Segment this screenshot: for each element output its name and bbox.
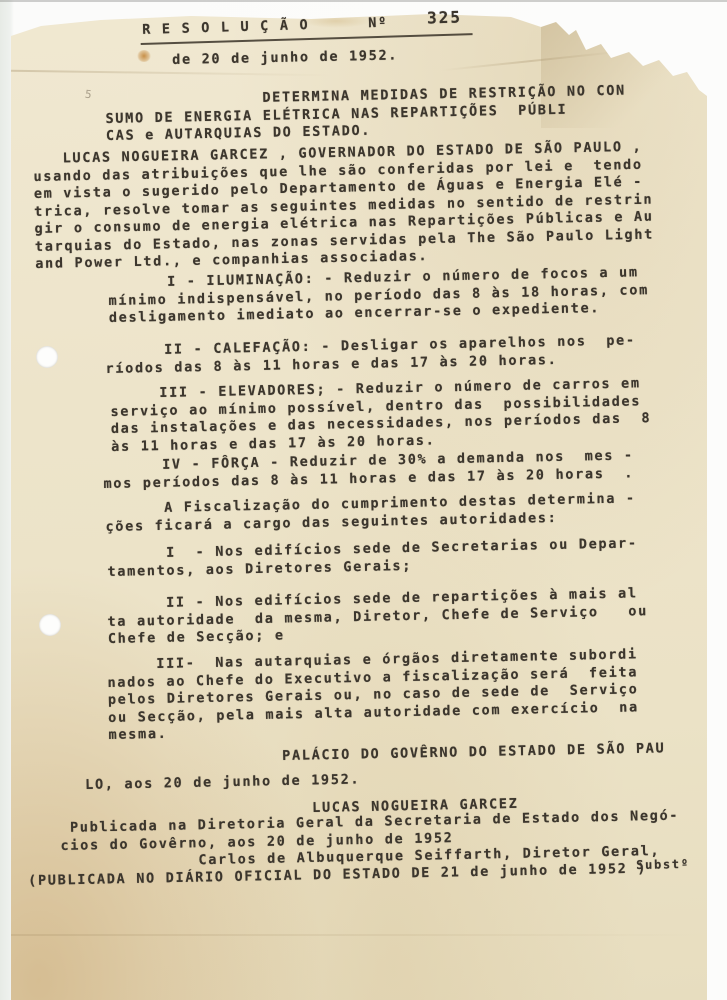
crease-line (11, 70, 331, 76)
scanner-edge (0, 0, 727, 2)
fiscal-item-3: III- Nas autarquias e órgãos diretamente… (107, 646, 639, 744)
crease-line (11, 934, 707, 936)
stain-rust-spot (137, 50, 151, 62)
crease-line (441, 51, 620, 72)
resolution-number-label: Nº (368, 15, 388, 32)
resolution-title-word: R E S O L U Ç Ã O (142, 17, 309, 38)
punch-hole-bottom (39, 614, 61, 636)
title-gap (309, 15, 368, 33)
subject-summary: DETERMINA MEDIDAS DE RESTRIÇÃO NO CON SU… (105, 83, 627, 146)
pencil-mark: 5 (84, 88, 92, 102)
preamble-paragraph: LUCAS NOGUEIRA GARCEZ , GOVERNADOR DO ES… (33, 139, 654, 274)
fiscal-item-2: II - Nos edifícios sede de repartições à… (107, 585, 648, 648)
measure-item-3-elevadores: III - ELEVADORES; - Reduzir o número de … (110, 375, 652, 456)
title-gap2 (388, 13, 428, 30)
resolution-number: 325 (427, 7, 462, 27)
punch-hole-top (36, 346, 58, 368)
measure-item-1-iluminacao: I - ILUMINAÇÃO: - Reduzir o número de fo… (108, 264, 649, 327)
